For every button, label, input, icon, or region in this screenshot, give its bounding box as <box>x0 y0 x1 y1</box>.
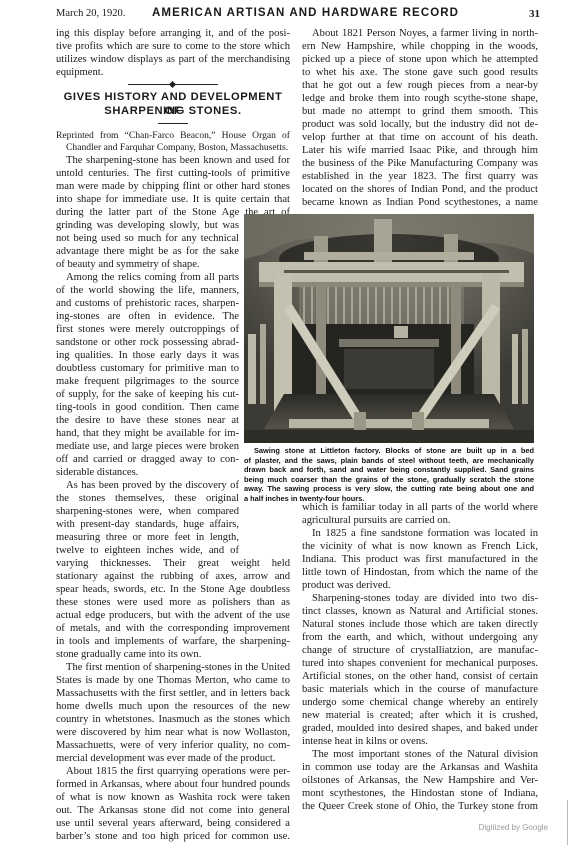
text-line: not being used so much for any technical <box>56 232 239 245</box>
article-headline-line-2: SHARPENING STONES. <box>56 105 290 119</box>
text-line: located on the shores of Indian Pond, an… <box>302 183 538 196</box>
text-line: the desire to have these stones near at <box>56 414 239 427</box>
text-line: States is made by one Thomas Merton, who… <box>56 674 290 687</box>
figure-caption: being much coarser than the grains of th… <box>244 475 534 485</box>
text-line: these stones were used more as polishers… <box>56 596 290 609</box>
text-line: spear heads, swords, etc. In the Stone A… <box>56 583 290 596</box>
text-line: of metals, and with the corresponding im… <box>56 622 290 635</box>
text-line: Later his wife married Isaac Pike, and t… <box>302 144 538 157</box>
text-line: tured into shapes convenient for mechani… <box>302 657 538 670</box>
text-line: ern New Hampshire, while chopping in the… <box>302 40 538 53</box>
text-line: As has been proved by the discovery of <box>56 479 239 492</box>
text-line: from the earth, and which, without under… <box>302 631 538 644</box>
text-line: ting-tools in good condition. Then came <box>56 401 239 414</box>
text-line: hand, that they might be available for i… <box>56 427 239 440</box>
text-line: ing-stones are often in evidence. The <box>56 310 239 323</box>
text-line: first stones were merely outcroppings of <box>56 323 239 336</box>
text-line: country in whetstones. Inasmuch as the s… <box>56 713 290 726</box>
text-line: varying thicknesses. Their great weight … <box>56 557 290 570</box>
text-line: change of structure of crystalliatzion, … <box>302 644 538 657</box>
text-line: In 1825 a fine sandstone formation was l… <box>302 527 538 540</box>
text-line: sandstone or other rock possessing abrad… <box>56 336 239 349</box>
text-line: sharpening-stones were, when compared <box>56 505 239 518</box>
text-line: of beauty and symmetry of shape. <box>56 258 239 271</box>
text-line: of supply, for the sake of keeping his c… <box>56 388 239 401</box>
text-line: make frequent pilgrimages to the source <box>56 375 239 388</box>
text-line: with present-day standards, huge affairs… <box>56 518 239 531</box>
text-line: About 1815 the first quarrying operation… <box>56 765 290 778</box>
text-line: actual edge producers, but with the adve… <box>56 609 290 622</box>
text-line: About 1821 Person Noyes, a farmer living… <box>302 27 538 40</box>
text-line: in common use today are the Arkansas and… <box>302 761 538 774</box>
text-line: undergo some chemical change whereby an … <box>302 696 538 709</box>
text-line: of the world showing the life, manners, <box>56 284 239 297</box>
text-line: The sharpening-stone has been known and … <box>56 154 290 167</box>
text-line: to whet his axe. The stone gave such goo… <box>302 66 538 79</box>
text-line: in tools and implements of warfare, the … <box>56 635 290 648</box>
text-line: were discovered by him near what is now … <box>56 726 290 739</box>
issue-date: March 20, 1920. <box>56 8 125 19</box>
text-line: doubtless customary for primitive man to <box>56 362 239 375</box>
short-rule <box>158 123 188 124</box>
text-line: stone gradually came into its own. <box>56 648 290 661</box>
text-line: the business of the Pike Manufacturing C… <box>302 157 538 170</box>
text-line: stationary against the rubbing of axes, … <box>56 570 290 583</box>
text-line: home dwells much upon the resources of t… <box>56 700 290 713</box>
text-line: Indiana. This product was first manufact… <box>302 553 538 566</box>
text-line: ing this display before arranging it, an… <box>56 27 290 40</box>
text-line: Natural stones include those which are t… <box>302 618 538 631</box>
figure-caption: away. The sawing process is very slow, t… <box>244 484 534 494</box>
digitized-watermark: Digitized by Google <box>479 823 548 832</box>
text-line: off and carried or dragged away to con- <box>56 453 239 466</box>
text-line: The first mention of sharpening-stones i… <box>56 661 290 674</box>
text-line: of what is now known as Washita rock wer… <box>56 791 290 804</box>
sawing-machine-illustration <box>244 214 534 443</box>
text-line: utilizes window displays as part of the … <box>56 53 290 66</box>
text-line: the Queer Creek stone of Ohio, the Turke… <box>302 800 538 813</box>
text-line: that he got out a few rough pieces from … <box>302 79 538 92</box>
text-line: oilstones of Arkansas, the New Hampshire… <box>302 774 538 787</box>
text-line: out. The Arkansas stone did not come int… <box>56 804 290 817</box>
text-line: the stones themselves, these original <box>56 492 239 505</box>
figure-caption: drawn back and forth, sand and water bei… <box>244 465 534 475</box>
figure-caption: a half inches in twenty-four hours. <box>244 494 534 504</box>
text-line: established in the year 1823. The first … <box>302 170 538 183</box>
text-line: measuring three or more feet in length, <box>56 531 239 544</box>
text-line: but made no attempt to grind them smooth… <box>302 105 538 118</box>
text-line: agricultural pursuits are carried on. <box>302 514 538 527</box>
text-line: into shape for immediate use. It is quit… <box>56 193 290 206</box>
text-line: tive profits which are sure to come to t… <box>56 40 290 53</box>
text-line: intense heat in kilns or ovens. <box>302 735 538 748</box>
text-line: Massachusetts with the first settler, an… <box>56 687 290 700</box>
text-line: mediate use, and large pieces were broke… <box>56 440 239 453</box>
text-line: graded, moulded into desired shapes, and… <box>302 722 538 735</box>
magazine-page: March 20, 1920. AMERICAN ARTISAN AND HAR… <box>0 0 576 845</box>
text-line: and customs of prehistoric races, sharpe… <box>56 297 239 310</box>
text-line: grinding was developing slowly, but was <box>56 219 239 232</box>
text-line: basic materials which in the course of m… <box>302 683 538 696</box>
running-header: March 20, 1920. AMERICAN ARTISAN AND HAR… <box>56 8 540 22</box>
text-line: man were made by chipping flint or other… <box>56 180 290 193</box>
text-line: became known as Indian Pond scythestones… <box>302 196 538 209</box>
page-edge-line <box>567 800 568 845</box>
text-line: use until several years afterward, being… <box>56 817 290 830</box>
text-line: untold centuries. The first cutting-tool… <box>56 167 290 180</box>
text-line: Sharpening-stones today are divided into… <box>302 592 538 605</box>
text-line: The most important stones of the Natural… <box>302 748 538 761</box>
text-line: product was derived. <box>302 579 538 592</box>
text-line: Among the relics coming from all parts <box>56 271 239 284</box>
text-line: picked up a piece of stone upon which he… <box>302 53 538 66</box>
text-line: siderable distances. <box>56 466 239 479</box>
text-line: ledge and broke them into rough scythe-s… <box>302 92 538 105</box>
text-line: formed in Arkansas, where about four hun… <box>56 778 290 791</box>
factory-photograph <box>244 214 534 443</box>
text-line: little town of Hindostan, from which the… <box>302 566 538 579</box>
figure-caption: Sawing stone at Littleton factory. Block… <box>244 446 534 456</box>
text-line: barber’s stone and too high priced for c… <box>56 830 290 843</box>
text-line: tinct classes, known as Natural and Arti… <box>302 605 538 618</box>
text-line: velop further at that time on account of… <box>302 131 538 144</box>
publication-title: AMERICAN ARTISAN AND HARDWARE RECORD <box>152 7 459 19</box>
text-line: advantage there might be as for the sake <box>56 245 239 258</box>
text-line: Massachuetts, were of very inferior qual… <box>56 739 290 752</box>
figure-caption: of plaster, and the saws, plain bands of… <box>244 456 534 466</box>
page-number: 31 <box>529 8 540 20</box>
text-line: the vicinity of what is now known as Fre… <box>302 540 538 553</box>
text-line: mercial development was ever made of the… <box>56 752 290 765</box>
text-line: ing qualities. In those early days it wa… <box>56 349 239 362</box>
text-line: equipment. <box>56 66 290 79</box>
text-line: product was sold locally, but the indust… <box>302 118 538 131</box>
text-line: Artificial stones, on the other hand, co… <box>302 670 538 683</box>
text-line: new material is created; after which it … <box>302 709 538 722</box>
reprint-note: Chandler and Farquhar Company, Boston, M… <box>66 141 290 154</box>
text-line: mont scythestones, the Hindostan stone o… <box>302 787 538 800</box>
text-line: twelve to eighteen inches wide, and of <box>56 544 239 557</box>
ornament-diamond-icon <box>169 81 176 88</box>
